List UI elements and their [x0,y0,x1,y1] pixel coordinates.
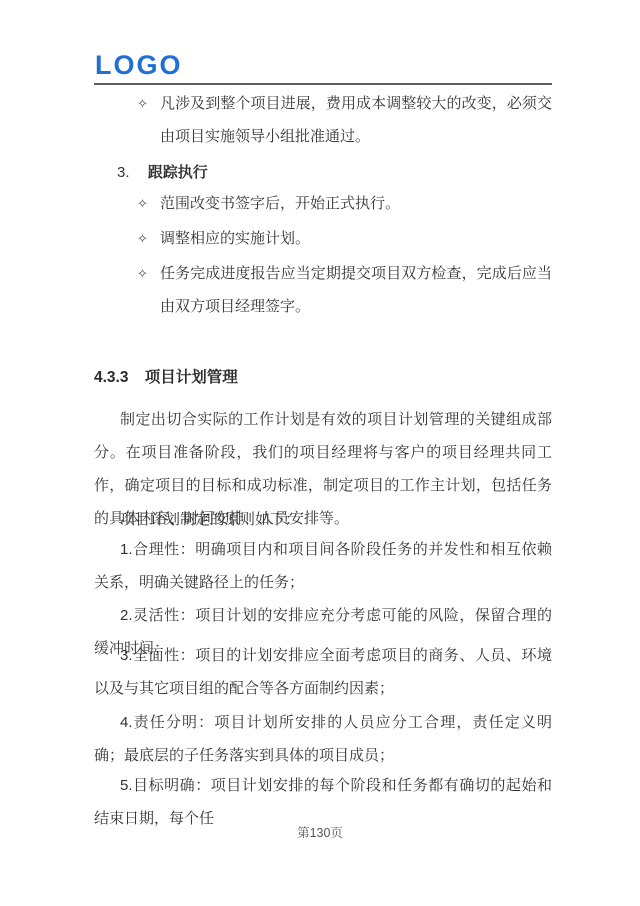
bullet-text: 范围改变书签字后，开始正式执行。 [160,195,400,212]
page-number: 第130页 [0,824,640,842]
bullet-text: 任务完成进度报告应当定期提交项目双方检查，完成后应当由双方项目经理签字。 [160,265,552,315]
heading-number: 3. [117,164,130,181]
bullet-item: ✧ 范围改变书签字后，开始正式执行。 [94,187,552,220]
header-rule [94,83,552,85]
bullet-text: 调整相应的实施计划。 [160,230,310,247]
diamond-bullet-icon: ✧ [137,187,148,220]
section-heading: 4.3.3 项目计划管理 [94,361,238,394]
bullet-item: ✧ 任务完成进度报告应当定期提交项目双方检查，完成后应当由双方项目经理签字。 [94,257,552,323]
logo: LOGO [95,51,183,79]
bullet-item: ✧ 调整相应的实施计划。 [94,222,552,255]
principle-item: 1.合理性：明确项目内和项目间各阶段任务的并发性和相互依赖关系，明确关键路径上的… [94,533,552,599]
bullet-item: ✧ 凡涉及到整个项目进展，费用成本调整较大的改变，必须交由项目实施领导小组批准通… [94,87,552,153]
diamond-bullet-icon: ✧ [137,257,148,290]
bullet-text: 凡涉及到整个项目进展，费用成本调整较大的改变，必须交由项目实施领导小组批准通过。 [160,95,552,145]
principle-item: 4.责任分明：项目计划所安排的人员应分工合理，责任定义明确；最底层的子任务落实到… [94,706,552,772]
document-page: LOGO ✧ 凡涉及到整个项目进展，费用成本调整较大的改变，必须交由项目实施领导… [0,0,640,906]
numbered-heading-tracking: 3. 跟踪执行 [117,156,208,189]
heading-title: 跟踪执行 [148,164,208,181]
diamond-bullet-icon: ✧ [137,87,148,120]
section-title: 项目计划管理 [145,369,238,386]
section-number: 4.3.3 [94,369,128,386]
diamond-bullet-icon: ✧ [137,222,148,255]
principle-item: 3.全面性：项目的计划安排应全面考虑项目的商务、人员、环境以及与其它项目组的配合… [94,639,552,705]
paragraph: 项目计划制定的原则如下： [94,503,552,536]
